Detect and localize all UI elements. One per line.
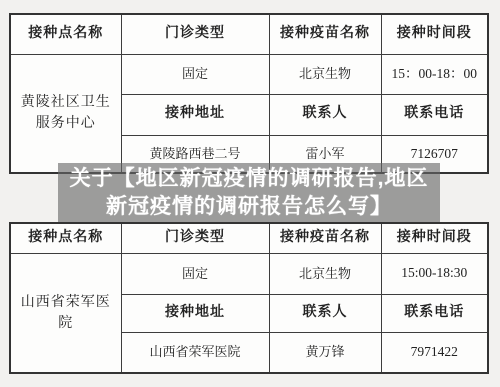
- col-header-time-period: 接种时间段: [381, 223, 488, 253]
- col-header-site-name: 接种点名称: [10, 14, 121, 54]
- col-header-vaccine-name: 接种疫苗名称: [269, 14, 381, 54]
- vaccination-site-table-2: 接种点名称 门诊类型 接种疫苗名称 接种时间段 山西省荣军医院 固定 北京生物 …: [9, 222, 489, 374]
- table-row: 山西省荣军医院 固定 北京生物 15:00-18:30: [10, 253, 488, 294]
- time-period-cell: 15:00-18:30: [381, 253, 488, 294]
- table-row: 接种点名称 门诊类型 接种疫苗名称 接种时间段: [10, 14, 488, 54]
- clinic-type-cell: 固定: [121, 54, 269, 94]
- vaccination-site-table-1: 接种点名称 门诊类型 接种疫苗名称 接种时间段 黄陵社区卫生服务中心 固定 北京…: [9, 13, 489, 174]
- vaccine-name-cell: 北京生物: [269, 54, 381, 94]
- site-name-cell: 山西省荣军医院: [10, 253, 121, 373]
- col-header-vaccine-name: 接种疫苗名称: [269, 223, 381, 253]
- table-row: 接种点名称 门诊类型 接种疫苗名称 接种时间段: [10, 223, 488, 253]
- overlay-title-line-1: 关于【地区新冠疫情的调研报告,地区: [70, 165, 429, 193]
- vaccine-name-cell: 北京生物: [269, 253, 381, 294]
- col-header-time-period: 接种时间段: [381, 14, 488, 54]
- overlay-title-line-2: 新冠疫情的调研报告怎么写】: [106, 193, 392, 221]
- watermark-title-overlay: 关于【地区新冠疫情的调研报告,地区 新冠疫情的调研报告怎么写】: [58, 163, 440, 222]
- subheader-address: 接种地址: [121, 94, 269, 135]
- subheader-phone: 联系电话: [381, 294, 488, 332]
- subheader-phone: 联系电话: [381, 94, 488, 135]
- phone-cell: 7971422: [381, 332, 488, 373]
- address-cell: 山西省荣军医院: [121, 332, 269, 373]
- clinic-type-cell: 固定: [121, 253, 269, 294]
- subheader-contact: 联系人: [269, 294, 381, 332]
- col-header-site-name: 接种点名称: [10, 223, 121, 253]
- subheader-address: 接种地址: [121, 294, 269, 332]
- col-header-clinic-type: 门诊类型: [121, 14, 269, 54]
- site-name-cell: 黄陵社区卫生服务中心: [10, 54, 121, 173]
- time-period-cell: 15：00-18：00: [381, 54, 488, 94]
- col-header-clinic-type: 门诊类型: [121, 223, 269, 253]
- contact-cell: 黄万锋: [269, 332, 381, 373]
- table-row: 黄陵社区卫生服务中心 固定 北京生物 15：00-18：00: [10, 54, 488, 94]
- subheader-contact: 联系人: [269, 94, 381, 135]
- article-screenshot-page: { "page": { "background_color": "#f2f1ef…: [0, 0, 500, 387]
